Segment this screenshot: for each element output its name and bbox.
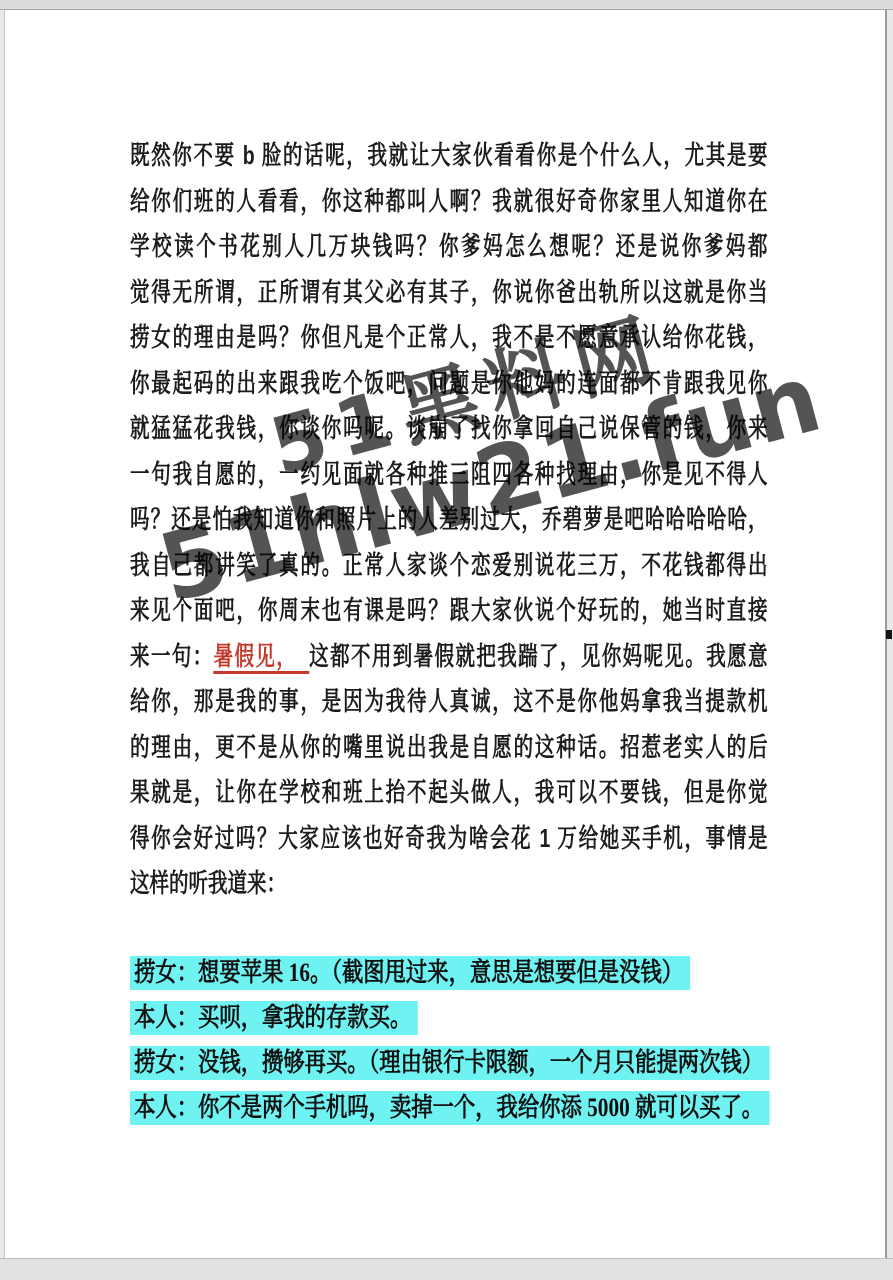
paragraph-line: 觉得无所谓，正所谓有其父必有其子，你说你爸出轨所以这就是你当	[130, 270, 768, 316]
paragraph-line: 捞女的理由是吗？你但凡是个正常人，我不是不愿意承认给你花钱，	[130, 315, 768, 361]
highlighted-chat-section: 捞女：想要苹果 16。（截图甩过来，意思是想要但是没钱） 本人：买呗，拿我的存款…	[130, 956, 893, 1136]
main-paragraph: 既然你不要 b 脸的话呢，我就让大家伙看看你是个什么人，尤其是要 给你们班的人看…	[130, 133, 790, 907]
chat-line: 本人：你不是两个手机吗，卖掉一个，我给你添 5000 就可以买了。	[130, 1091, 770, 1125]
paragraph-line: 你最起码的出来跟我吃个饭吧，问题是你他妈的连面都不肯跟我见你	[130, 361, 768, 407]
paragraph-line: 给你，那是我的事，是因为我待人真诚，这不是你他妈拿我当提款机	[130, 679, 768, 725]
highlighted-text: 本人：买呗，拿我的存款买。	[130, 1001, 418, 1035]
paragraph-line: 我自己都讲笑了真的。正常人家谈个恋爱别说花三万，不花钱都得出	[130, 543, 768, 589]
paragraph-line: 就猛猛花我钱，你谈你吗呢。谈崩了找你拿回自己说保管的钱，你来	[130, 406, 768, 452]
paragraph-line: 来见个面吧，你周末也有课是吗？跟大家伙说个好玩的，她当时直接	[130, 588, 768, 634]
chat-line: 捞女：没钱，攒够再买。（理由银行卡限额，一个月只能提两次钱）	[130, 1046, 770, 1080]
highlighted-text: 本人：你不是两个手机吗，卖掉一个，我给你添 5000 就可以买了。	[130, 1091, 770, 1125]
paragraph-line: 吗？还是怕我知道你和照片上的人差别过大，乔碧萝是吧哈哈哈哈哈，	[130, 497, 768, 543]
paragraph-line: 一句我自愿的，一约见面就各种推三阻四各种找理由，你是见不得人	[130, 452, 768, 498]
chat-line: 本人：买呗，拿我的存款买。	[130, 1001, 770, 1035]
paragraph-line: 学校读个书花别人几万块钱吗？你爹妈怎么想呢？还是说你爹妈都	[130, 224, 768, 270]
screenshot-top-frame	[0, 0, 893, 10]
red-underlined-text: 暑假见，	[214, 641, 310, 674]
paragraph-text: 来一句：	[130, 641, 214, 671]
edge-artifact-dot	[886, 630, 892, 639]
paragraph-line: 这样的听我道来：	[130, 861, 768, 907]
chat-line: 捞女：想要苹果 16。（截图甩过来，意思是想要但是没钱）	[130, 956, 770, 990]
paragraph-line: 果就是，让你在学校和班上抬不起头做人，我可以不要钱，但是你觉	[130, 770, 768, 816]
paragraph-line: 的理由，更不是从你的嘴里说出我是自愿的这种话。招惹老实人的后	[130, 725, 768, 771]
screenshot-bottom-frame	[0, 1258, 893, 1280]
highlighted-text: 捞女：想要苹果 16。（截图甩过来，意思是想要但是没钱）	[130, 956, 690, 990]
highlighted-text: 捞女：没钱，攒够再买。（理由银行卡限额，一个月只能提两次钱）	[130, 1046, 770, 1080]
paragraph-text: 这都不用到暑假就把我踹了，见你妈呢见。我愿意	[309, 641, 767, 671]
paragraph-line: 既然你不要 b 脸的话呢，我就让大家伙看看你是个什么人，尤其是要	[130, 133, 768, 179]
paragraph-line-with-red-text: 来一句：暑假见，这都不用到暑假就把我踹了，见你妈呢见。我愿意	[130, 634, 768, 680]
paragraph-line: 给你们班的人看看，你这种都叫人啊？我就很好奇你家里人知道你在	[130, 179, 768, 225]
paragraph-line: 得你会好过吗？大家应该也好奇我为啥会花 1 万给她买手机，事情是	[130, 816, 768, 862]
